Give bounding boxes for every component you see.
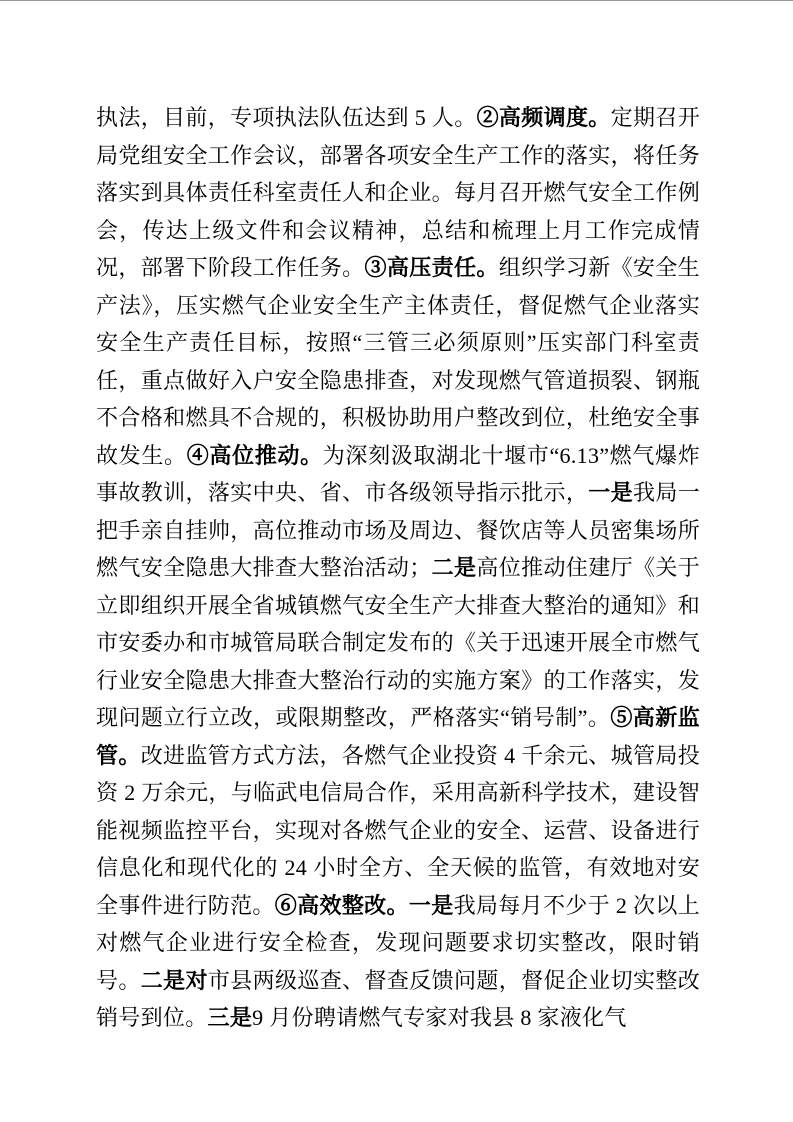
body-paragraph: 执法，目前，专项执法队伍达到 5 人。②高频调度。定期召开局党组安全工作会议，部… [96, 99, 700, 1037]
emphasis-run: ④高位推动。 [187, 443, 323, 468]
emphasis-run: ③高压责任。 [364, 255, 498, 280]
emphasis-run: ⑥高效整改。一是 [275, 893, 454, 918]
emphasis-run: 二是 [432, 555, 477, 580]
text-run: 定期召开局党组安全工作会议，部署各项安全生产工作的落实，将任务落实到具体责任科室… [96, 105, 700, 280]
page-top-edge [0, 0, 793, 1]
document-page: 执法，目前，专项执法队伍达到 5 人。②高频调度。定期召开局党组安全工作会议，部… [0, 0, 793, 1122]
emphasis-run: 三是 [208, 1005, 253, 1030]
text-run: 改进监管方式方法，各燃气企业投资 4 千余元、城管局投资 2 万余元，与临武电信… [96, 743, 700, 918]
emphasis-run: 一是 [588, 480, 633, 505]
text-run: 高位推动住建厅《关于立即组织开展全省城镇燃气安全生产大排查大整治的通知》和市安委… [96, 555, 700, 730]
text-run: 执法，目前，专项执法队伍达到 5 人。 [96, 105, 477, 130]
text-run: 9 月份聘请燃气专家对我县 8 家液化气 [252, 1005, 627, 1030]
emphasis-run: ②高频调度。 [477, 105, 611, 130]
emphasis-run: 二是对 [141, 968, 208, 993]
text-run: 组织学习新《安全生产法》，压实燃气企业安全生产主体责任，督促燃气企业落实安全生产… [96, 255, 700, 468]
